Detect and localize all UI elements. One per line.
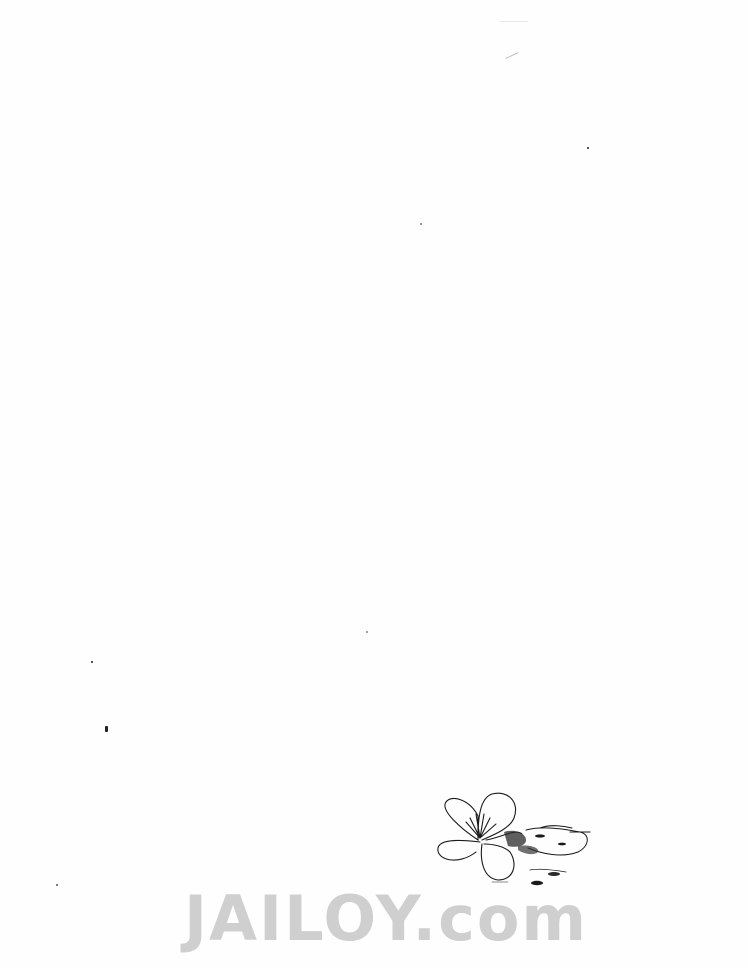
flower-sketch-icon xyxy=(430,788,600,888)
ink-speck xyxy=(366,631,368,633)
ink-speck xyxy=(91,661,93,663)
ink-speck xyxy=(587,147,589,149)
ink-speck xyxy=(105,726,108,732)
watermark-text: JAILOY.com xyxy=(166,888,606,950)
show-through-mark xyxy=(505,52,518,59)
ink-speck xyxy=(56,884,58,886)
show-through-mark xyxy=(500,21,528,22)
ink-speck xyxy=(420,223,422,225)
book-page: JAILOY.com xyxy=(0,0,748,968)
